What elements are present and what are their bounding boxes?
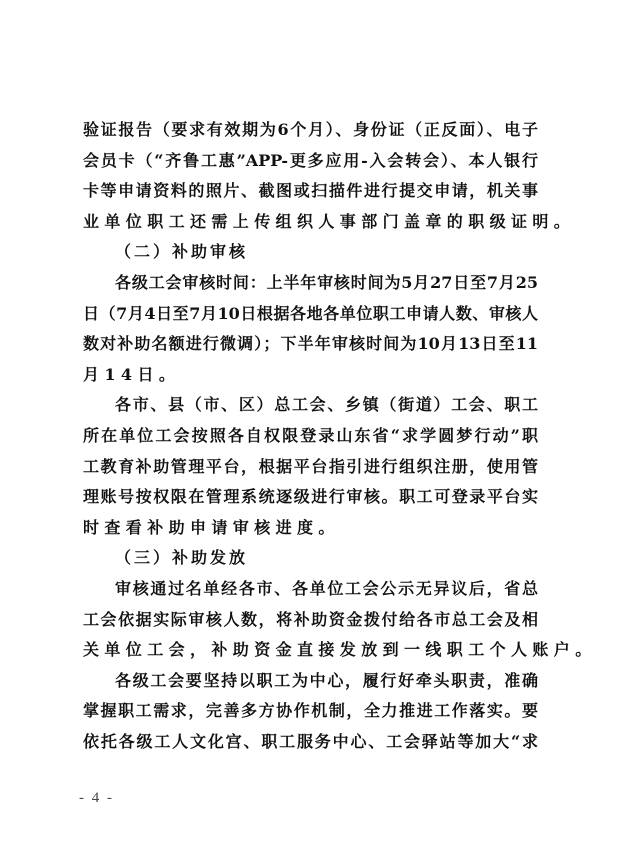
paragraph-line: 各级工会审核时间：上半年审核时间为5月27日至7月25 xyxy=(83,268,538,299)
paragraph-line: 依托各级工人文化宫、职工服务中心、工会驿站等加大“求 xyxy=(83,727,538,758)
paragraph-line: 各级工会要坚持以职工为中心，履行好牵头职责，准确 xyxy=(83,666,538,697)
paragraph-line: 关单位工会，补助资金直接发放到一线职工个人账户。 xyxy=(83,635,538,666)
paragraph-line: 理账号按权限在管理系统逐级进行审核。职工可登录平台实 xyxy=(83,482,538,513)
paragraph-line: 数对补助名额进行微调）；下半年审核时间为10月13日至11 xyxy=(83,329,538,360)
body-text: 验证报告（要求有效期为6个月）、身份证（正反面）、电子 会员卡（“齐鲁工惠”AP… xyxy=(83,115,538,757)
paragraph-line: 卡等申请资料的照片、截图或扫描件进行提交申请，机关事 xyxy=(83,176,538,207)
paragraph-line: 工教育补助管理平台，根据平台指引进行组织注册，使用管 xyxy=(83,452,538,483)
paragraph-line: 会员卡（“齐鲁工惠”APP-更多应用-入会转会）、本人银行 xyxy=(83,146,538,177)
section-heading: （三）补助发放 xyxy=(83,543,538,574)
section-heading: （二）补助审核 xyxy=(83,237,538,268)
paragraph-line: 工会依据实际审核人数，将补助资金拨付给各市总工会及相 xyxy=(83,605,538,636)
document-page: 验证报告（要求有效期为6个月）、身份证（正反面）、电子 会员卡（“齐鲁工惠”AP… xyxy=(0,0,618,864)
paragraph-line: 验证报告（要求有效期为6个月）、身份证（正反面）、电子 xyxy=(83,115,538,146)
paragraph-line: 掌握职工需求，完善多方协作机制，全力推进工作落实。要 xyxy=(83,696,538,727)
paragraph-line: 日（7月4日至7月10日根据各地各单位职工申请人数、审核人 xyxy=(83,299,538,330)
paragraph-line: 所在单位工会按照各自权限登录山东省“求学圆梦行动”职 xyxy=(83,421,538,452)
paragraph-line: 月14日。 xyxy=(83,360,538,391)
paragraph-line: 业单位职工还需上传组织人事部门盖章的职级证明。 xyxy=(83,207,538,238)
paragraph-line: 各市、县（市、区）总工会、乡镇（街道）工会、职工 xyxy=(83,390,538,421)
paragraph-line: 时查看补助申请审核进度。 xyxy=(83,513,538,544)
page-number: - 4 - xyxy=(79,790,114,807)
paragraph-line: 审核通过名单经各市、各单位工会公示无异议后，省总 xyxy=(83,574,538,605)
